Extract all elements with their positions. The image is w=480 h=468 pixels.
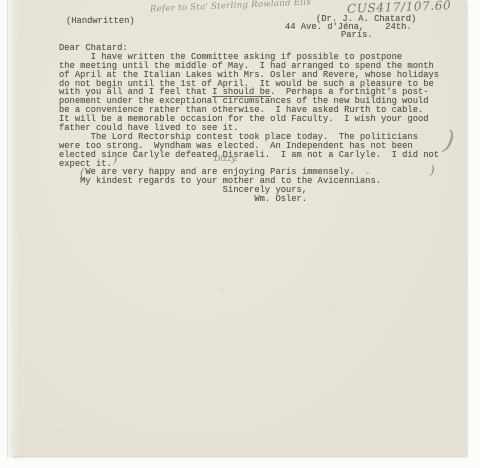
dizzy-pencil-note: Dizzy. (214, 154, 237, 163)
paper-speck (222, 290, 224, 292)
letter-body: Dear Chatard: I have written the Committ… (59, 44, 439, 204)
pencil-dash-mark: - (366, 168, 369, 179)
paper-speck (57, 430, 59, 432)
pencil-margin-mark-small: ) (430, 163, 435, 177)
scanned-letter-page: { "page": { "paper_color": "#e8e4d7", "b… (0, 0, 480, 468)
paper-speck (332, 310, 334, 312)
pencil-open-paren: ( (80, 166, 84, 179)
recipient-city: Paris. (341, 31, 373, 40)
pencil-close-paren: ) (113, 153, 117, 166)
letter-line: Wm. Osler. (59, 195, 439, 204)
handwritten-label: (Handwritten) (66, 17, 135, 26)
underline-mark (212, 96, 271, 97)
